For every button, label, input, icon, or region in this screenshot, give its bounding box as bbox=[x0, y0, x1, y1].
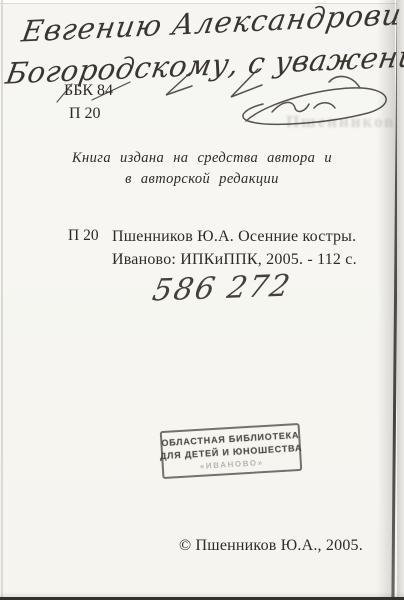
catalog-description: Пшенников Ю.А. Осенние костры. Иваново: … bbox=[112, 225, 357, 271]
catalog-line2: Иваново: ИПКиППК, 2005. - 112 с. bbox=[112, 248, 357, 271]
author-sign-code: П 20 bbox=[64, 102, 113, 125]
catalog-author-sign: П 20 bbox=[68, 225, 112, 271]
edition-note: Книга издана на средства автора и в авто… bbox=[0, 148, 404, 190]
library-stamp: ОБЛАСТНАЯ БИБЛИОТЕКА ДЛЯ ДЕТЕЙ И ЮНОШЕСТ… bbox=[160, 423, 303, 479]
catalog-entry: П 20 Пшенников Ю.А. Осенние костры. Иван… bbox=[68, 225, 357, 271]
signature-tail bbox=[329, 76, 360, 88]
stamp-line3: «ИВАНОВО» bbox=[200, 457, 265, 473]
edition-note-line1: Книга издана на средства автора и bbox=[0, 148, 404, 169]
copyright-line: © Пшенников Ю.А., 2005. bbox=[179, 537, 363, 555]
scanned-book-page: Пшенников Евгению Александровичу Богород… bbox=[0, 0, 404, 600]
show-through-text: Пшенников bbox=[286, 112, 395, 132]
bbk-code: ББК 84 bbox=[64, 79, 113, 102]
edition-note-line2: в авторской редакции bbox=[0, 169, 404, 190]
signature-inner-squiggle bbox=[272, 102, 335, 112]
scan-edge-right bbox=[397, 0, 404, 600]
handwritten-accession-number: 586 272 bbox=[150, 268, 295, 308]
bbk-classification: ББК 84 П 20 bbox=[64, 79, 113, 125]
catalog-line1: Пшенников Ю.А. Осенние костры. bbox=[112, 225, 357, 248]
